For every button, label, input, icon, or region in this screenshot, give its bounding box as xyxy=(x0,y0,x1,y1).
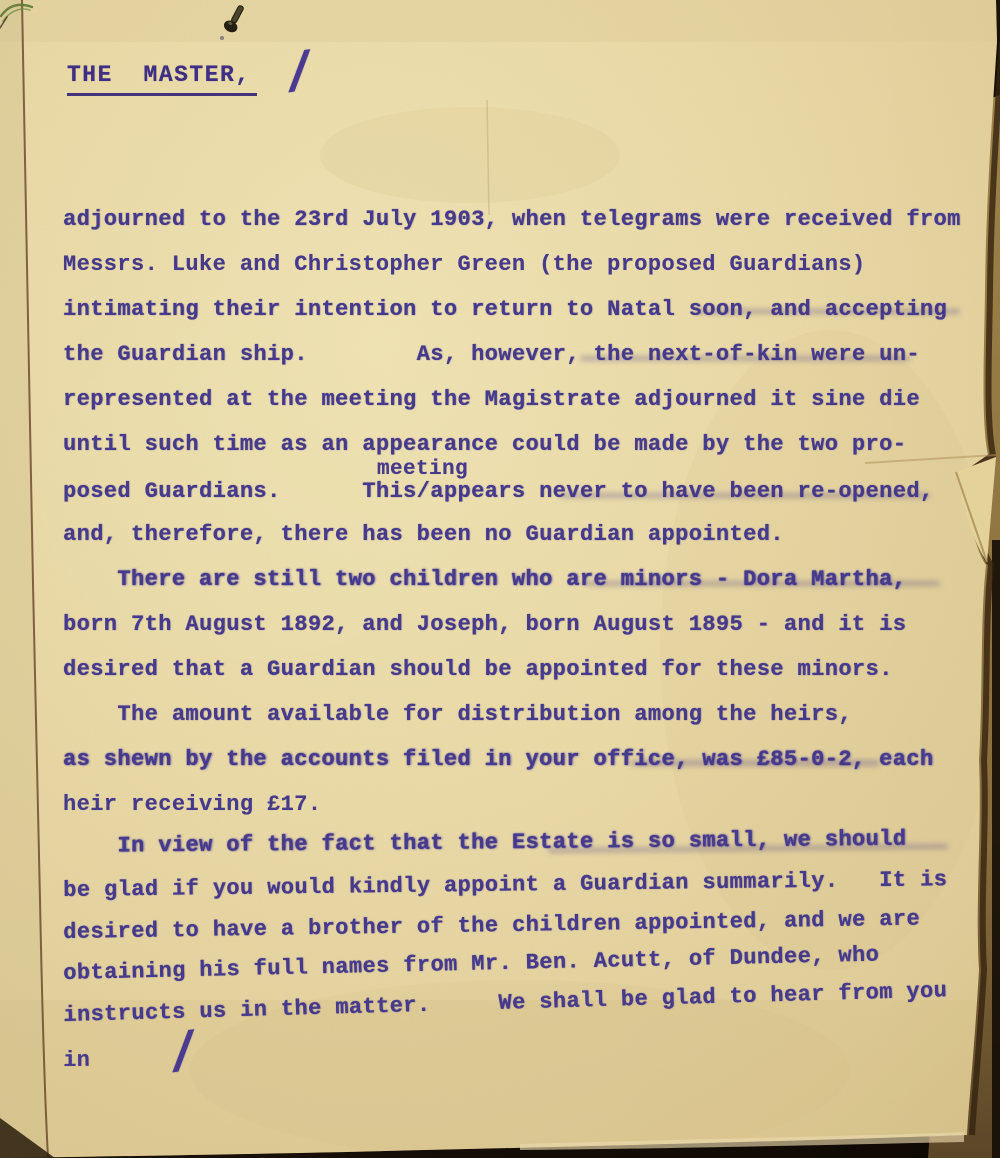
pen-slash-mark-bottom: / xyxy=(165,1030,204,1084)
typed-line: adjourned to the 23rd July 1903, when te… xyxy=(63,207,961,233)
typed-line: desired to have a brother of the childre… xyxy=(63,907,920,946)
pen-slash-mark-top: / xyxy=(281,50,320,104)
typed-line: be glad if you would kindly appoint a Gu… xyxy=(63,867,947,904)
typed-line: In view of the fact that the Estate is s… xyxy=(63,827,907,860)
typed-line: the Guardian ship. As, however, the next… xyxy=(63,342,920,368)
typed-line: born 7th August 1892, and Joseph, born A… xyxy=(63,612,906,638)
typed-line: The amount available for distribution am… xyxy=(63,702,852,728)
typed-line: heir receiving £17. xyxy=(63,792,321,818)
ink-smear xyxy=(585,581,940,586)
typed-line: in xyxy=(63,1048,90,1074)
typed-letter-content: THE MASTER, / adjourned to the 23rd July… xyxy=(0,0,1000,1158)
typed-line: instructs us in the matter. We shall be … xyxy=(63,978,948,1029)
archival-letter-page: THE MASTER, / adjourned to the 23rd July… xyxy=(0,0,1000,1158)
page-title: THE MASTER, xyxy=(67,62,257,96)
typed-line: until such time as an appearance could b… xyxy=(63,432,906,458)
typed-line: Messrs. Luke and Christopher Green (the … xyxy=(63,252,866,278)
typed-line: There are still two children who are min… xyxy=(63,567,906,593)
typed-line: and, therefore, there has been no Guardi… xyxy=(63,522,784,548)
typed-line: posed Guardians. This/appears never to h… xyxy=(63,479,934,505)
ink-smear xyxy=(630,760,880,766)
typed-line: desired that a Guardian should be appoin… xyxy=(63,657,893,683)
ink-smear xyxy=(580,356,910,361)
ink-smear xyxy=(695,309,960,314)
typed-line: obtaining his full names from Mr. Ben. A… xyxy=(63,942,880,987)
ink-smear xyxy=(560,493,930,498)
typed-line: represented at the meeting the Magistrat… xyxy=(63,387,920,413)
